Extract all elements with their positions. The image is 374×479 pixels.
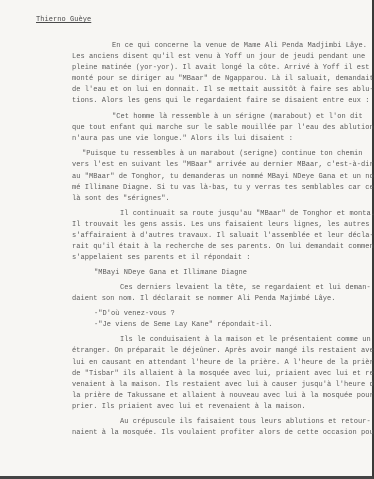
author-heading: Thierno Guèye: [36, 16, 91, 24]
text-line: lui en causant en attendant l'heure de l…: [72, 359, 374, 367]
text-line: mé Illimane Diagne. Si tu vas là-bas, tu…: [72, 184, 374, 192]
text-line: n'aura pas une vie longue." Alors ils lu…: [72, 135, 293, 143]
text-line: étranger. On préparait le déjeûner. Aprè…: [72, 347, 374, 355]
text-line: "Puisque tu ressembles à un marabout (se…: [82, 150, 363, 158]
text-line: -"Je viens de Seme Lay Kane" répondait-i…: [94, 321, 273, 329]
text-line: s'affairaient à d'autres travaux. Il sal…: [72, 232, 374, 240]
text-line: prier. Ils priaient avec lui et revenaie…: [72, 403, 306, 411]
text-line: pleine matinée (yor-yor). Il avait longé…: [72, 64, 370, 72]
text-line: que tout enfant qui marche sur le sable …: [72, 124, 374, 132]
text-line: Au crépuscule ils faisaient tous leurs a…: [120, 418, 371, 426]
text-line: Il continuait sa route jusqu'au "MBaar" …: [120, 210, 374, 218]
text-line: rait qu'il était à la recherche de ses p…: [72, 243, 374, 251]
text-line: la prière de Takussane et allaient à nou…: [72, 392, 374, 400]
text-line: Il trouvait les gens assis. Les uns fais…: [72, 221, 370, 229]
text-line: tions. Alors les gens qui le regardaient…: [72, 97, 370, 105]
text-line: -"D'où venez-vous ?: [94, 310, 175, 318]
text-line: Les anciens disent qu'il est venu à Yoff…: [72, 53, 365, 61]
text-line: s'appelaient ses parents et il répondait…: [72, 254, 251, 262]
text-line: En ce qui concerne la venue de Mame Ali …: [112, 42, 367, 50]
text-line: daient son nom. Il déclarait se nommer A…: [72, 295, 336, 303]
text-line: de l'eau et on lui en donnait. Il se met…: [72, 86, 374, 94]
text-line: Ces derniers levaient la tête, se regard…: [120, 284, 371, 292]
text-line: Ils le conduisaient à la maison et le pr…: [120, 336, 371, 344]
text-line: "MBayi NDeye Gana et Illimane Diagne: [94, 269, 247, 277]
text-line: monté pour se diriger au "MBaar" de Ngap…: [72, 75, 374, 83]
text-line: là sont des "sérignes".: [72, 195, 170, 203]
text-line: "Cet homme là ressemble à un sérigne (ma…: [112, 113, 363, 121]
typewritten-page: Thierno Guèye En ce qui concerne la venu…: [0, 0, 374, 479]
text-line: venaient à la maison. Ils restaient avec…: [72, 381, 374, 389]
text-line: de "Tisbar" ils allaient à la mosquée av…: [72, 370, 374, 378]
text-line: naient à la mosquée. Ils voulaient profi…: [72, 429, 374, 437]
text-line: vers l'est en suivant les "MBaar" arrivé…: [72, 161, 374, 169]
text-line: au "MBaar" de Tonghor, tu demanderas un …: [72, 173, 374, 181]
